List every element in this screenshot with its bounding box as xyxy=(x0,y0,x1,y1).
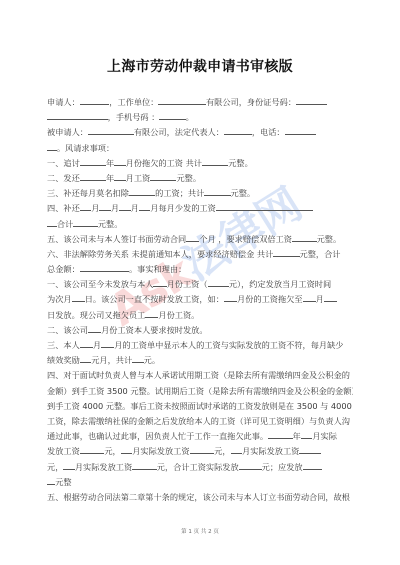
line-text: 月实际发放工资 xyxy=(75,462,132,472)
fill-in-blank[interactable] xyxy=(80,262,129,272)
line-text: 月份拖欠的工资 共计 xyxy=(126,158,202,168)
line-text: 。风请求事项： xyxy=(57,143,114,153)
line-text: 年 xyxy=(106,173,114,183)
line-text: 元， xyxy=(214,446,230,456)
line-text: 被申请人： xyxy=(47,127,88,137)
fill-in-blank[interactable] xyxy=(145,308,158,318)
document-line: 金额）到手工资 3500 元整。试用期后工资（是除去所有需缴纳四金及公积金的金额… xyxy=(47,384,353,399)
line-text: 月份工资。 xyxy=(158,310,199,320)
fill-in-blank[interactable] xyxy=(324,292,337,302)
line-text: 元，合计工资实际发放 xyxy=(157,462,239,472)
fill-in-blank[interactable] xyxy=(47,475,55,485)
fill-in-blank[interactable] xyxy=(80,338,93,348)
fill-in-blank[interactable] xyxy=(299,444,320,454)
fill-in-blank[interactable] xyxy=(285,125,316,135)
line-text: 日发放。现公司又拖欠员工 xyxy=(47,310,145,320)
line-text: 。事实和理由： xyxy=(129,264,186,274)
line-text: 工资，除去需缴纳社保的金额之后发放给本人的工资（详可见工资明细）与负责人沟 xyxy=(47,416,350,426)
fill-in-blank[interactable] xyxy=(101,338,114,348)
fill-in-blank[interactable] xyxy=(153,277,166,287)
fill-in-blank[interactable] xyxy=(202,156,228,166)
fill-in-blank[interactable] xyxy=(239,460,262,470)
line-text: 个月 ，要求赔偿双倍工资 xyxy=(199,234,292,244)
line-text: 申请人： xyxy=(47,97,80,107)
document-line: 通过此事，也确认过此事，因负责人忙于工作一直拖欠此事。年月实际 xyxy=(47,429,353,444)
line-text: 六、非法解除劳务关系 未提前通知本人，要求经济赔偿金 共计 xyxy=(47,249,273,259)
document-line: 元整 xyxy=(47,475,353,490)
fill-in-blank[interactable] xyxy=(158,95,206,105)
line-text: 合计 xyxy=(57,219,73,229)
document-line: 六、非法解除劳务关系 未提前通知本人，要求经济赔偿金 共计元整，合计 xyxy=(47,247,353,262)
line-text: 月份的工资拖欠至 xyxy=(237,294,303,304)
line-text: 月 xyxy=(111,203,119,213)
document-body: 申请人：，工作单位：有限公司，身份证号码：，手机号码 ：。被申请人：有限公司，法… xyxy=(47,95,353,505)
document-line: 二、发还年月工资元整。 xyxy=(47,171,353,186)
fill-in-blank[interactable] xyxy=(159,110,185,120)
fill-in-blank[interactable] xyxy=(268,429,293,439)
fill-in-blank[interactable] xyxy=(204,186,230,196)
fill-in-blank[interactable] xyxy=(186,232,199,242)
fill-in-blank[interactable] xyxy=(208,277,229,287)
fill-in-blank[interactable] xyxy=(80,201,91,211)
line-text: 的工资；共计 xyxy=(155,188,204,198)
document-title: 上海市劳动仲裁申请书审核版 xyxy=(0,56,400,76)
fill-in-blank[interactable] xyxy=(296,95,327,105)
fill-in-blank[interactable] xyxy=(63,460,74,470)
fill-in-blank[interactable] xyxy=(80,95,110,105)
line-text: 月实际发放工资 xyxy=(242,446,299,456)
line-text: 有限公司，法定代表人： xyxy=(134,127,224,137)
line-text: 四、对于面试时负责人曾与本人承诺试用期工资（是除去所有需缴纳四金及公积金的 xyxy=(47,370,350,380)
fill-in-blank[interactable] xyxy=(119,201,130,211)
fill-in-blank[interactable] xyxy=(231,444,242,454)
line-text: 月实际 xyxy=(312,431,337,441)
line-text: 三、本人 xyxy=(47,340,80,350)
line-text: 五、该公司未与本人签订书面劳动合同 xyxy=(47,234,186,244)
line-text: 元。 xyxy=(144,355,160,365)
fill-in-blank[interactable] xyxy=(190,444,215,454)
fill-in-blank[interactable] xyxy=(72,292,85,302)
fill-in-blank[interactable] xyxy=(80,353,91,363)
line-text: 发放工资 xyxy=(47,446,80,456)
line-text: 元整。 xyxy=(176,173,201,183)
line-text: 为次月 xyxy=(47,294,72,304)
fill-in-blank[interactable] xyxy=(47,217,57,227)
fill-in-blank[interactable] xyxy=(303,292,316,302)
line-text: 通过此事，也确认过此事，因负责人忙于工作一直拖欠此事。 xyxy=(47,431,268,441)
fill-in-blank[interactable] xyxy=(292,232,317,242)
line-text: 月 xyxy=(93,340,101,350)
line-text: 元整。 xyxy=(228,158,253,168)
fill-in-blank[interactable] xyxy=(216,201,313,211)
document-line: ，手机号码 ：。 xyxy=(47,110,353,125)
document-line: 五、根据劳动合同法第二章第十条的规定，该公司未与本人订立书面劳动合同，故根 xyxy=(47,490,353,505)
line-text: 元整。 xyxy=(317,234,342,244)
document-line: 日发放。现公司又拖欠员工月份工资。 xyxy=(47,308,353,323)
document-line: 四、对于面试时负责人曾与本人承诺试用期工资（是除去所有需缴纳四金及公积金的 xyxy=(47,368,353,383)
document-line: 工资，除去需缴纳社保的金额之后发放给本人的工资（详可见工资明细）与负责人沟 xyxy=(47,414,353,429)
line-text: 元月，共计 xyxy=(91,355,132,365)
fill-in-blank[interactable] xyxy=(80,171,106,181)
document-line: 三、补还每月莫名扣除的工资；共计元整。 xyxy=(47,186,353,201)
fill-in-blank[interactable] xyxy=(88,125,134,135)
fill-in-blank[interactable] xyxy=(129,186,155,196)
fill-in-blank[interactable] xyxy=(114,171,125,181)
fill-in-blank[interactable] xyxy=(121,444,132,454)
document-line: 被申请人：有限公司，法定代表人：，电话： xyxy=(47,125,353,140)
line-text: 日。该公司一直不按时发放工资，如： xyxy=(85,294,224,304)
fill-in-blank[interactable] xyxy=(99,201,110,211)
line-text: ，电话： xyxy=(252,127,285,137)
line-text: 年 xyxy=(293,431,301,441)
document-line: 四、补还月月月月每月少发的工资 xyxy=(47,201,353,216)
document-page: Ask法律网 上海市劳动仲裁申请书审核版 申请人：，工作单位：有限公司，身份证号… xyxy=(0,0,400,565)
document-line: 。风请求事项： xyxy=(47,141,353,156)
document-line: 为次月日。该公司一直不按时发放工资，如：月份的工资拖欠至月 xyxy=(47,292,353,307)
document-line: 元，月实际发放工资元，合计工资实际发放元；应发放 xyxy=(47,460,353,475)
document-line: 一、追讨年月份拖欠的工资 共计元整。 xyxy=(47,156,353,171)
fill-in-blank[interactable] xyxy=(80,156,106,166)
line-text: 绩效奖励 xyxy=(47,355,80,365)
fill-in-blank[interactable] xyxy=(132,460,157,470)
document-line: 一、该公司至今未发放与本人月份工资（元），约定发放当月工资时间 xyxy=(47,277,353,292)
document-line: 到手工资 4000 元整。事后工资未按照面试时承诺的工资发放则是在 3500 与… xyxy=(47,399,353,414)
document-line: 总金额：。事实和理由： xyxy=(47,262,353,277)
document-line: 绩效奖励元月，共计元。 xyxy=(47,353,353,368)
document-line: 合计元整。 xyxy=(47,217,353,232)
line-text: 年 xyxy=(106,158,114,168)
line-text: 元， xyxy=(104,446,120,456)
line-text: 五、根据劳动合同法第二章第十条的规定，该公司未与本人订立书面劳动合同，故根 xyxy=(47,492,350,502)
line-text: 到手工资 4000 元整。事后工资未按照面试时承诺的工资发放则是在 3500 与… xyxy=(47,401,353,411)
fill-in-blank[interactable] xyxy=(88,323,101,333)
fill-in-blank[interactable] xyxy=(150,171,176,181)
line-text: 四、补还 xyxy=(47,203,80,213)
line-text: 月的工资单中显示本人的工资与实际发放的工资不符，每月缺少 xyxy=(114,340,343,350)
fill-in-blank[interactable] xyxy=(273,247,299,257)
fill-in-blank[interactable] xyxy=(139,201,150,211)
page-number-footer: 第 1 页 共 2 页 xyxy=(0,527,400,535)
fill-in-blank[interactable] xyxy=(47,141,57,151)
fill-in-blank[interactable] xyxy=(80,444,105,454)
line-text: 元），约定发放当月工资时间 xyxy=(229,279,331,289)
line-text: 二、发还 xyxy=(47,173,80,183)
line-text: 元整 xyxy=(55,477,71,487)
line-text: 一、该公司至今未发放与本人 xyxy=(47,279,153,289)
document-line: 五、该公司未与本人签订书面劳动合同个月 ，要求赔偿双倍工资元整。 xyxy=(47,232,353,247)
line-text: 元整。 xyxy=(98,219,123,229)
line-text: 月工资 xyxy=(126,173,151,183)
fill-in-blank[interactable] xyxy=(114,156,125,166)
line-text: 。 xyxy=(186,112,194,122)
fill-in-blank[interactable] xyxy=(303,460,323,470)
line-text: ，工作单位： xyxy=(109,97,158,107)
line-text: 有限公司，身份证号码： xyxy=(206,97,296,107)
line-text: 月 xyxy=(316,294,324,304)
line-text: 月实际发放工资 xyxy=(132,446,189,456)
line-text: 元， xyxy=(47,462,63,472)
document-line: 申请人：，工作单位：有限公司，身份证号码： xyxy=(47,95,353,110)
fill-in-blank[interactable] xyxy=(73,217,98,227)
document-line: 发放工资元，月实际发放工资元，月实际发放工资 xyxy=(47,444,353,459)
document-line: 二、该公司月份工资本人要求按时发放。 xyxy=(47,323,353,338)
line-text: 月份工资（ xyxy=(167,279,208,289)
line-text: 二、该公司 xyxy=(47,325,88,335)
line-text: 元整。 xyxy=(231,188,256,198)
line-text: ，手机号码 ： xyxy=(108,112,160,122)
document-line: 三、本人月月的工资单中显示本人的工资与实际发放的工资不符，每月缺少 xyxy=(47,338,353,353)
line-text: 元整，合计 xyxy=(300,249,341,259)
line-text: 月每月少发的工资 xyxy=(150,203,216,213)
line-text: 金额）到手工资 3500 元整。试用期后工资（是除去所有需缴纳四金及公积金的金额… xyxy=(47,386,353,396)
line-text: 元；应发放 xyxy=(262,462,303,472)
fill-in-blank[interactable] xyxy=(224,292,237,302)
line-text: 月 xyxy=(131,203,139,213)
line-text: 月 xyxy=(91,203,99,213)
line-text: 月份工资本人要求按时发放。 xyxy=(101,325,207,335)
line-text: 总金额： xyxy=(47,264,80,274)
fill-in-blank[interactable] xyxy=(47,110,108,120)
fill-in-blank[interactable] xyxy=(301,429,312,439)
line-text: 一、追讨 xyxy=(47,158,80,168)
line-text: 三、补还每月莫名扣除 xyxy=(47,188,129,198)
fill-in-blank[interactable] xyxy=(132,353,143,363)
fill-in-blank[interactable] xyxy=(224,125,252,135)
